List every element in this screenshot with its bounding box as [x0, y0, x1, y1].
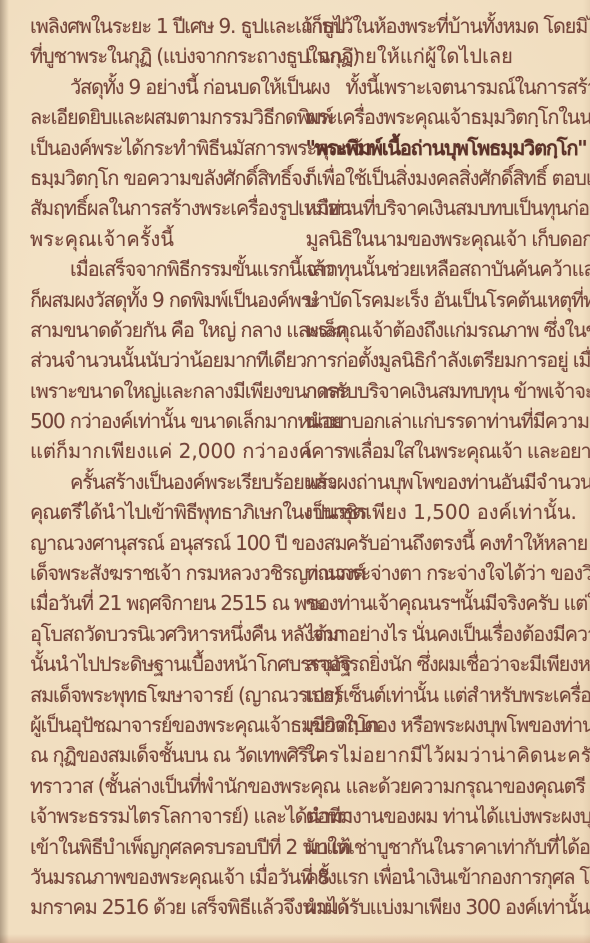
text-line: คุณตรีได้นำไปเข้าพิธีพุทธาภิเษกในงานวชิร — [30, 497, 291, 527]
text-line: การรับบริจาคเงินสมทบทุน ข้าพเจ้าจะได้ — [306, 376, 567, 406]
text-line: ผมได้รับแบ่งมาเพียง 300 องค์เท่านั้น — [306, 892, 567, 922]
text-line: นำมาบอกเล่าแก่บรรดาท่านที่มีความ — [306, 406, 567, 436]
text-line: แต่ก็มากเพียงแค่ 2,000 กว่าองค์ — [30, 436, 291, 466]
text-line: ละเอียดยิบและผสมตามกรรมวิธีกดพิมพ์ — [30, 102, 291, 132]
text-line: เป็นองค์พระได้กระทำพิธีนมัสการพระคุณเจ้า — [30, 133, 291, 163]
text-line: ท่านกระจ่างตา กระจ่างใจได้ว่า ของวิเศษ — [306, 558, 567, 588]
scanned-page: เพลิงศพในระยะ 1 ปีเศษ 9. ธูปและเถ้าธูปที… — [0, 0, 590, 943]
text-line: การก่อตั้งมูลนิธิกำลังเตรียมการอยู่ เมื่… — [306, 345, 567, 375]
text-line: ก็ผสมผงวัสดุทั้ง 9 กดพิมพ์เป็นองค์พระ — [30, 285, 291, 315]
text-line: พระคุณเจ้าครั้งนี้ — [30, 224, 291, 254]
text-line: ของท่านเจ้าคุณนรฯนั้นมีจริงครับ แต่ใครจะ — [306, 588, 567, 618]
text-line: นั้นนำไปประดิษฐานเบื้องหน้าโกศบรรจุอัฐิ — [30, 649, 291, 679]
text-line: ครั้งแรก เพื่อนำเงินเข้ากองการกุศล โดย — [306, 862, 567, 892]
text-line: เจ้าพระธรรมไตรโลกาจารย์) และได้นำมา — [30, 801, 291, 831]
text-line: และด้วยความกรุณาของคุณตรี ที่มี — [306, 771, 567, 801]
text-line: ครั้นสร้างเป็นองค์พระเรียบร้อยแล้ว — [30, 467, 291, 497]
text-line: ธมฺมวิตกฺโก ขอความขลังศักดิ์สิทธิ์จง — [30, 163, 291, 193]
text-line: "พระพิมพ์เนื้อถ่านบุพโพธมฺมวิตกฺโก" นี้ข… — [306, 133, 567, 163]
text-line: เพลิงศพในระยะ 1 ปีเศษ 9. ธูปและเถ้าธูป — [30, 11, 291, 41]
text-line: อุโบสถวัดบวรนิเวศวิหารหนึ่งคืน หลังจาก — [30, 619, 291, 649]
text-line: เก็บไว้ในห้องพระที่บ้านทั้งหมด โดยมิได้ — [306, 11, 567, 41]
text-line: เป็นชุดเพียง 1,500 องค์เท่านั้น. — [306, 497, 567, 527]
text-line: ใครไม่อยากมีไว้ผมว่าน่าคิดนะครับ — [306, 740, 567, 770]
text-line: มูลนิธิในนามของพระคุณเจ้า เก็บดอกผล — [306, 224, 567, 254]
text-line: บำบัดโรคมะเร็ง อันเป็นโรคต้นเหตุที่ทำให้ — [306, 285, 567, 315]
text-line: สมเด็จพระพุทธโฆษาจารย์ (ญาณวรเถร) — [30, 680, 291, 710]
text-line: ที่บูชาพระในกุฏิ (แบ่งจากกระถางธูปในกุฏิ… — [30, 41, 291, 71]
text-line: สัมฤทธิ์ผลในการสร้างพระเครื่องรูปเหมือน — [30, 193, 291, 223]
text-line: ทั้งนี้เพราะเจตนารมณ์ในการสร้าง — [306, 72, 567, 102]
text-line: เขียวใบตอง หรือพระผงบุพโพของท่านนั้น — [306, 710, 567, 740]
text-line: ครับอ่านถึงตรงนี้ คงทำให้หลาย — [306, 528, 567, 558]
text-line: เมื่อเสร็จจากพิธีกรรมขั้นแรกนี้แล้ว — [30, 254, 291, 284]
text-line: มาให้เช่าบูชากันในราคาเท่ากับที่ได้ออกใน — [306, 832, 567, 862]
text-line: ณ กุฏิของสมเด็จชั้นบน ณ วัดเทพศิริน — [30, 740, 291, 770]
text-line: เข้าในพิธีบำเพ็ญกุศลครบรอบปีที่ 2 นับแต่ — [30, 832, 291, 862]
text-line: ได้มาอย่างไร นั่นคงเป็นเรื่องต้องมีความ — [306, 619, 567, 649]
text-line: ญาณวงศานุสรณ์ อนุสรณ์ 100 ปี ของสม — [30, 528, 291, 558]
text-line: พระคุณเจ้าต้องถึงแก่มรณภาพ ซึ่งในขณะนี้ — [306, 315, 567, 345]
text-line: เพราะขนาดใหญ่และกลางมีเพียงขนาดละ — [30, 376, 291, 406]
emphasized-amulet-name: "พระพิมพ์เนื้อถ่านบุพโพธมฺมวิตกฺโก" — [306, 136, 587, 160]
text-line: แก่ท่านที่บริจาคเงินสมบทบเป็นทุนก่อตั้ง — [306, 193, 567, 223]
text-line: ผู้เป็นอุปัชฌาจารย์ของพระคุณเจ้าธมฺมวิตก… — [30, 710, 291, 740]
text-line: เปอร์เซ็นต์เท่านั้น แต่สำหรับพระเครื่องส… — [306, 680, 567, 710]
text-line: เมื่อวันที่ 21 พฤศจิกายน 2515 ณ พระ — [30, 588, 291, 618]
text-line: พระผงถ่านบุพโพของท่านอันมีจำนวนที่จัด — [306, 467, 567, 497]
text-line: 500 กว่าองค์เท่านั้น ขนาดเล็กมากหน่อย — [30, 406, 291, 436]
text-line: ทราวาส (ชั้นล่างเป็นที่พำนักของพระคุณ — [30, 771, 291, 801]
text-line: วัสดุทั้ง 9 อย่างนี้ ก่อนบดให้เป็นผง — [30, 72, 291, 102]
text-line: มกราคม 2516 ด้วย เสร็จพิธีแล้วจึงนำมา — [30, 892, 291, 922]
text-line: วันมรณภาพของพระคุณเจ้า เมื่อวันที่ 8 — [30, 862, 291, 892]
text-line: ต่อทีมงานของผม ท่านได้แบ่งพระผงบุพโพ — [306, 801, 567, 831]
text-line: พระเครื่องพระคุณเจ้าธมฺมวิตกฺโกในนาม — [306, 102, 567, 132]
text-line: แจกจ่ายให้แก่ผู้ใดไปเลย — [306, 41, 567, 71]
text-line: จากทุนนั้นช่วยเหลือสถาบันค้นคว้าและ — [306, 254, 567, 284]
text-line: สามารถยิ่งนัก ซึ่งผมเชื่อว่าจะมีเพียงหนึ… — [306, 649, 567, 679]
text-line: ก็เพื่อใช้เป็นสิ่งมงคลสิ่งศักดิ์สิทธิ์ ต… — [306, 163, 567, 193]
text-line: เคารพเลื่อมใสในพระคุณเจ้า และอยากได้ — [306, 436, 567, 466]
text-column-right: เก็บไว้ในห้องพระที่บ้านทั้งหมด โดยมิได้แ… — [306, 11, 567, 943]
text-line: สามขนาดด้วยกัน คือ ใหญ่ กลาง และเล็ก — [30, 315, 291, 345]
text-line: ส่วนจำนวนนั้นนับว่าน้อยมากทีเดียว — [30, 345, 291, 375]
text-column-left: เพลิงศพในระยะ 1 ปีเศษ 9. ธูปและเถ้าธูปที… — [30, 11, 291, 943]
text-line: เด็จพระสังฆราชเจ้า กรมหลวงวชิรญาณวงศ์ — [30, 558, 291, 588]
